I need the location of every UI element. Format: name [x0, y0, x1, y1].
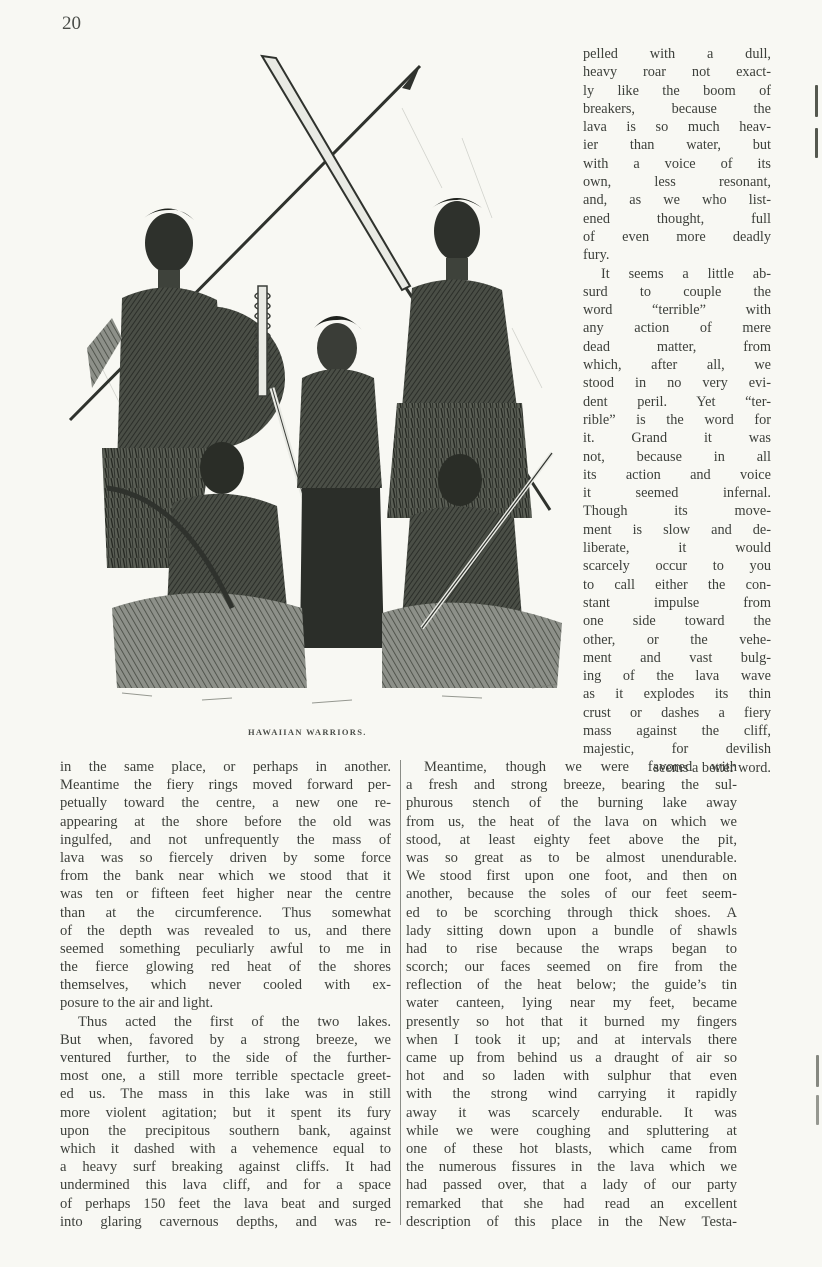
text-line: posure to the air and light.: [60, 994, 391, 1012]
text-line: scarcely occur to you: [583, 557, 771, 575]
text-line: its action and voice: [583, 466, 771, 484]
text-line: rible” is the word for: [583, 411, 771, 429]
text-line: had to rise because the wraps began to: [406, 940, 737, 958]
text-line: mass against the cliff,: [583, 722, 771, 740]
text-line: with the strong wind carrying it rapidly: [406, 1085, 737, 1103]
text-line: ened thought, full: [583, 210, 771, 228]
text-line: ing of the lava wave: [583, 667, 771, 685]
text-line: heavy roar not exact-: [583, 63, 771, 81]
text-line: hot and so laden with sulphur that even: [406, 1067, 737, 1085]
text-line: dent peril. Yet “ter-: [583, 393, 771, 411]
text-line: dead matter, from: [583, 338, 771, 356]
text-line: of perhaps 150 feet the lava beat and su…: [60, 1195, 391, 1213]
paragraph-start: It seems a little ab-: [583, 265, 771, 283]
engraving-image: [62, 48, 567, 728]
scan-edge-mark: [815, 85, 818, 117]
text-line: more violent agitation; but it spent its…: [60, 1104, 391, 1122]
text-line: themselves, which never cooled with ex-: [60, 976, 391, 994]
text-line: description of this place in the New Tes…: [406, 1213, 737, 1231]
text-line: majestic, for devilish: [583, 740, 771, 758]
text-line: was ten or fifteen feet higher near the …: [60, 885, 391, 903]
text-line: ier than water, but: [583, 136, 771, 154]
text-line: lava was so fiercely driven by some forc…: [60, 849, 391, 867]
text-line: was so great as to be almost unendurable…: [406, 849, 737, 867]
text-line: to call either the con-: [583, 576, 771, 594]
hawaiian-warriors-illustration: [62, 48, 567, 728]
text-line: the fierce glowing red heat of the shore…: [60, 958, 391, 976]
text-line: away it was scarcely endurable. It was: [406, 1104, 737, 1122]
text-line: ment and vast bulg-: [583, 649, 771, 667]
text-line: from the bank near which we stood that i…: [60, 867, 391, 885]
text-line: came up from behind us a draught of air …: [406, 1049, 737, 1067]
text-line: But when, favored by a strong breeze, we: [60, 1031, 391, 1049]
text-line: when I took it up; and at intervals ther…: [406, 1031, 737, 1049]
text-line: breakers, because the: [583, 100, 771, 118]
text-line: scorch; our faces seemed on fire from th…: [406, 958, 737, 976]
text-line: ventured further, to the side of the fur…: [60, 1049, 391, 1067]
text-line: with a voice of its: [583, 155, 771, 173]
text-line: own, less resonant,: [583, 173, 771, 191]
paragraph-start: Thus acted the first of the two lakes.: [60, 1013, 391, 1031]
text-line: a heavy surf breaking against cliffs. It…: [60, 1158, 391, 1176]
paragraph-start: Meantime, though we were favored with: [406, 758, 737, 776]
text-line: other, or the vehe-: [583, 631, 771, 649]
text-line: of the depth was revealed to us, and the…: [60, 922, 391, 940]
text-line: Though its move-: [583, 502, 771, 520]
text-line: petually toward the centre, a new one re…: [60, 794, 391, 812]
text-line: surd to couple the: [583, 283, 771, 301]
text-line: of even more deadly: [583, 228, 771, 246]
text-line: seemed something peculiarly awful to me …: [60, 940, 391, 958]
text-line: which it dashed with a vehemence equal t…: [60, 1140, 391, 1158]
text-line: most one, a still more terrible spectacl…: [60, 1067, 391, 1085]
page-number: 20: [62, 13, 81, 35]
text-line: as it explodes its thin: [583, 685, 771, 703]
text-line: remarked that she had read an excellent: [406, 1195, 737, 1213]
text-line: crust or dashes a fiery: [583, 704, 771, 722]
text-line: ly like the boom of: [583, 82, 771, 100]
text-line: We stood first upon one foot, and then o…: [406, 867, 737, 885]
text-line: upon the precipitous southern bank, agai…: [60, 1122, 391, 1140]
text-line: water canteen, lying near my feet, becam…: [406, 994, 737, 1012]
scan-edge-mark: [815, 128, 818, 158]
text-line: Meantime the fiery rings moved forward p…: [60, 776, 391, 794]
text-line: in the same place, or perhaps in another…: [60, 758, 391, 776]
text-line: liberate, it would: [583, 539, 771, 557]
text-line: than at the circumference. Thus somewhat: [60, 904, 391, 922]
text-line: pelled with a dull,: [583, 45, 771, 63]
right-text-column: Meantime, though we were favored with a …: [406, 758, 737, 1231]
narrow-text-column: pelled with a dull, heavy roar not exact…: [583, 45, 771, 777]
text-line: while we were coughing and spluttering a…: [406, 1122, 737, 1140]
text-line: it. Grand it was: [583, 429, 771, 447]
text-line: into glaring cavernous depths, and was r…: [60, 1213, 391, 1231]
text-line: phurous stench of the burning lake away: [406, 794, 737, 812]
text-line: ingulfed, and not unfrequently the mass …: [60, 831, 391, 849]
text-line: lady sitting down upon a bundle of shawl…: [406, 922, 737, 940]
text-line: from us, the heat of the lava on which w…: [406, 813, 737, 831]
text-line: any action of mere: [583, 319, 771, 337]
text-line: stood in no very evi-: [583, 374, 771, 392]
text-line: ment is slow and de-: [583, 521, 771, 539]
text-line: ed to be scorching through thick shoes. …: [406, 904, 737, 922]
text-line: word “terrible” with: [583, 301, 771, 319]
text-line: another, because the soles of our feet s…: [406, 885, 737, 903]
text-line: which, after all, we: [583, 356, 771, 374]
text-line: had passed over, that a lady of our part…: [406, 1176, 737, 1194]
text-line: it seemed infernal.: [583, 484, 771, 502]
text-line: lava is so much heav-: [583, 118, 771, 136]
text-line: stood, at least eighty feet above the pi…: [406, 831, 737, 849]
text-line: a fresh and strong breeze, bearing the s…: [406, 776, 737, 794]
text-line: one of these hot blasts, which came from: [406, 1140, 737, 1158]
scan-edge-mark: [816, 1095, 819, 1125]
text-line: and, as we who list-: [583, 191, 771, 209]
text-line: not, because in all: [583, 448, 771, 466]
text-line: ed us. The mass in this lake was in stil…: [60, 1085, 391, 1103]
scan-edge-mark: [816, 1055, 819, 1087]
text-line: appearing at the shore before the old wa…: [60, 813, 391, 831]
text-line: fury.: [583, 246, 771, 264]
text-line: undermined this lava cliff, and for a sp…: [60, 1176, 391, 1194]
text-line: presently so hot that it burned my finge…: [406, 1013, 737, 1031]
text-line: stant impulse from: [583, 594, 771, 612]
text-line: reflection of the heat below; the guide’…: [406, 976, 737, 994]
left-text-column: in the same place, or perhaps in another…: [60, 758, 391, 1231]
text-line: one side toward the: [583, 612, 771, 630]
figure-caption: HAWAIIAN WARRIORS.: [248, 727, 367, 737]
column-divider: [400, 760, 401, 1225]
text-line: the numerous fissures in the lava which …: [406, 1158, 737, 1176]
